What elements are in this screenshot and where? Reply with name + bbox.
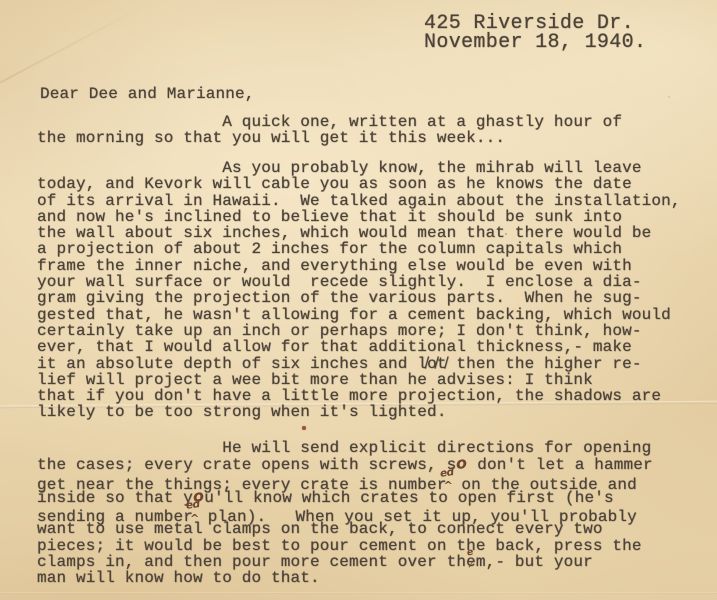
typed-text: want to use metal clamps on the back, to… (37, 520, 603, 538)
typed-text: then the higher re- (447, 355, 642, 373)
pen-correction: ee (466, 554, 476, 570)
letter-line: that if you don't have a little more pro… (37, 388, 681, 404)
typed-text: inside so that y (37, 489, 193, 507)
letter-line: certainly take up an inch or perhaps mor… (37, 323, 681, 339)
typed-text: He will send explicit directions for ope… (37, 439, 651, 457)
paragraph-3: He will send explicit directions for ope… (37, 440, 653, 587)
paper-crease-diagonal (0, 2, 151, 93)
letter-line: it an absolute depth of six inches and l… (37, 356, 681, 372)
return-address-block: 425 Riverside Dr.November 18, 1940. (424, 15, 646, 52)
pen-insertion: ed^ (447, 473, 452, 489)
typed-text: the morning so that you will get it this… (37, 129, 505, 147)
typed-text: likely to be too strong when it's lighte… (37, 403, 447, 421)
typed-text: man will know how to do that. (37, 569, 320, 587)
typed-text: ever, that I would allow for that additi… (37, 338, 632, 356)
typed-text: gram giving the projection of the variou… (37, 289, 642, 307)
letter-line: He will send explicit directions for ope… (37, 440, 653, 456)
paper-fold-crease-bottom (0, 592, 717, 594)
pen-caret-icon: ^ (190, 511, 199, 527)
pen-insertion: ed^ (193, 505, 198, 521)
letter-page: 425 Riverside Dr.November 18, 1940. Dear… (0, 0, 717, 600)
letter-line: gested that, he wasn't allowing for a ce… (37, 307, 681, 323)
letter-line: lief will project a wee bit more than he… (37, 372, 681, 388)
letter-line: the morning so that you will get it this… (37, 130, 622, 146)
letter-line: ever, that I would allow for that additi… (37, 339, 681, 355)
typed-text: gested that, he wasn't allowing for a ce… (37, 306, 671, 324)
letter-line: frame the inner niche, and everything el… (37, 258, 681, 274)
typed-text: today, and Kevork will cable you as soon… (37, 175, 632, 193)
letter-line: want to use metal clamps on the back, to… (37, 521, 653, 537)
letter-line: As you probably know, the mihrab will le… (37, 160, 681, 176)
letter-line: your wall surface or would recede slight… (37, 274, 681, 290)
pen-caret-icon: ^ (444, 478, 453, 494)
letter-line: clamps in, and then pour more cement ove… (37, 554, 653, 570)
typed-text: m,- but your (476, 553, 593, 571)
letter-line: inside so that you'll know which crates … (37, 489, 653, 505)
paragraph-1: A quick one, written at a ghastly hour o… (37, 114, 622, 147)
paragraph-2: As you probably know, the mihrab will le… (37, 160, 681, 421)
salutation: Dear Dee and Marianne, (40, 86, 255, 102)
typed-text: u'll know which crates to open first (he… (204, 489, 614, 507)
letter-line: today, and Kevork will cable you as soon… (37, 176, 681, 192)
date-line: November 18, 1940. (424, 34, 646, 53)
ink-speck (668, 96, 670, 98)
typed-text: of its arrival in Hawaii. We talked agai… (37, 192, 681, 210)
pen-overwrite: o (455, 455, 468, 472)
letter-line: a projection of about 2 inches for the c… (37, 241, 681, 257)
letter-line: the cases; every crate opens with screws… (37, 456, 653, 472)
letter-line: A quick one, written at a ghastly hour o… (37, 114, 622, 130)
letter-line: man will know how to do that. (37, 570, 653, 586)
typed-text: the cases; every crate opens with screws… (37, 456, 456, 474)
typed-text: it an absolute depth of six inches and (37, 355, 417, 373)
letter-line: likely to be too strong when it's lighte… (37, 404, 681, 420)
struck-out-word: l̸o̸t̸ (417, 355, 446, 373)
typed-text: a projection of about 2 inches for the c… (37, 240, 622, 258)
letter-line: and now he's inclined to believe that it… (37, 209, 681, 225)
stray-ink-dot (302, 426, 306, 430)
letter-line: get near the things; every crate is numb… (37, 473, 653, 489)
letter-line: pieces; it would be best to pour cement … (37, 538, 653, 554)
letter-line: gram giving the projection of the variou… (37, 290, 681, 306)
typed-text: don't let a hammer (467, 456, 652, 474)
letter-line: of its arrival in Hawaii. We talked agai… (37, 193, 681, 209)
